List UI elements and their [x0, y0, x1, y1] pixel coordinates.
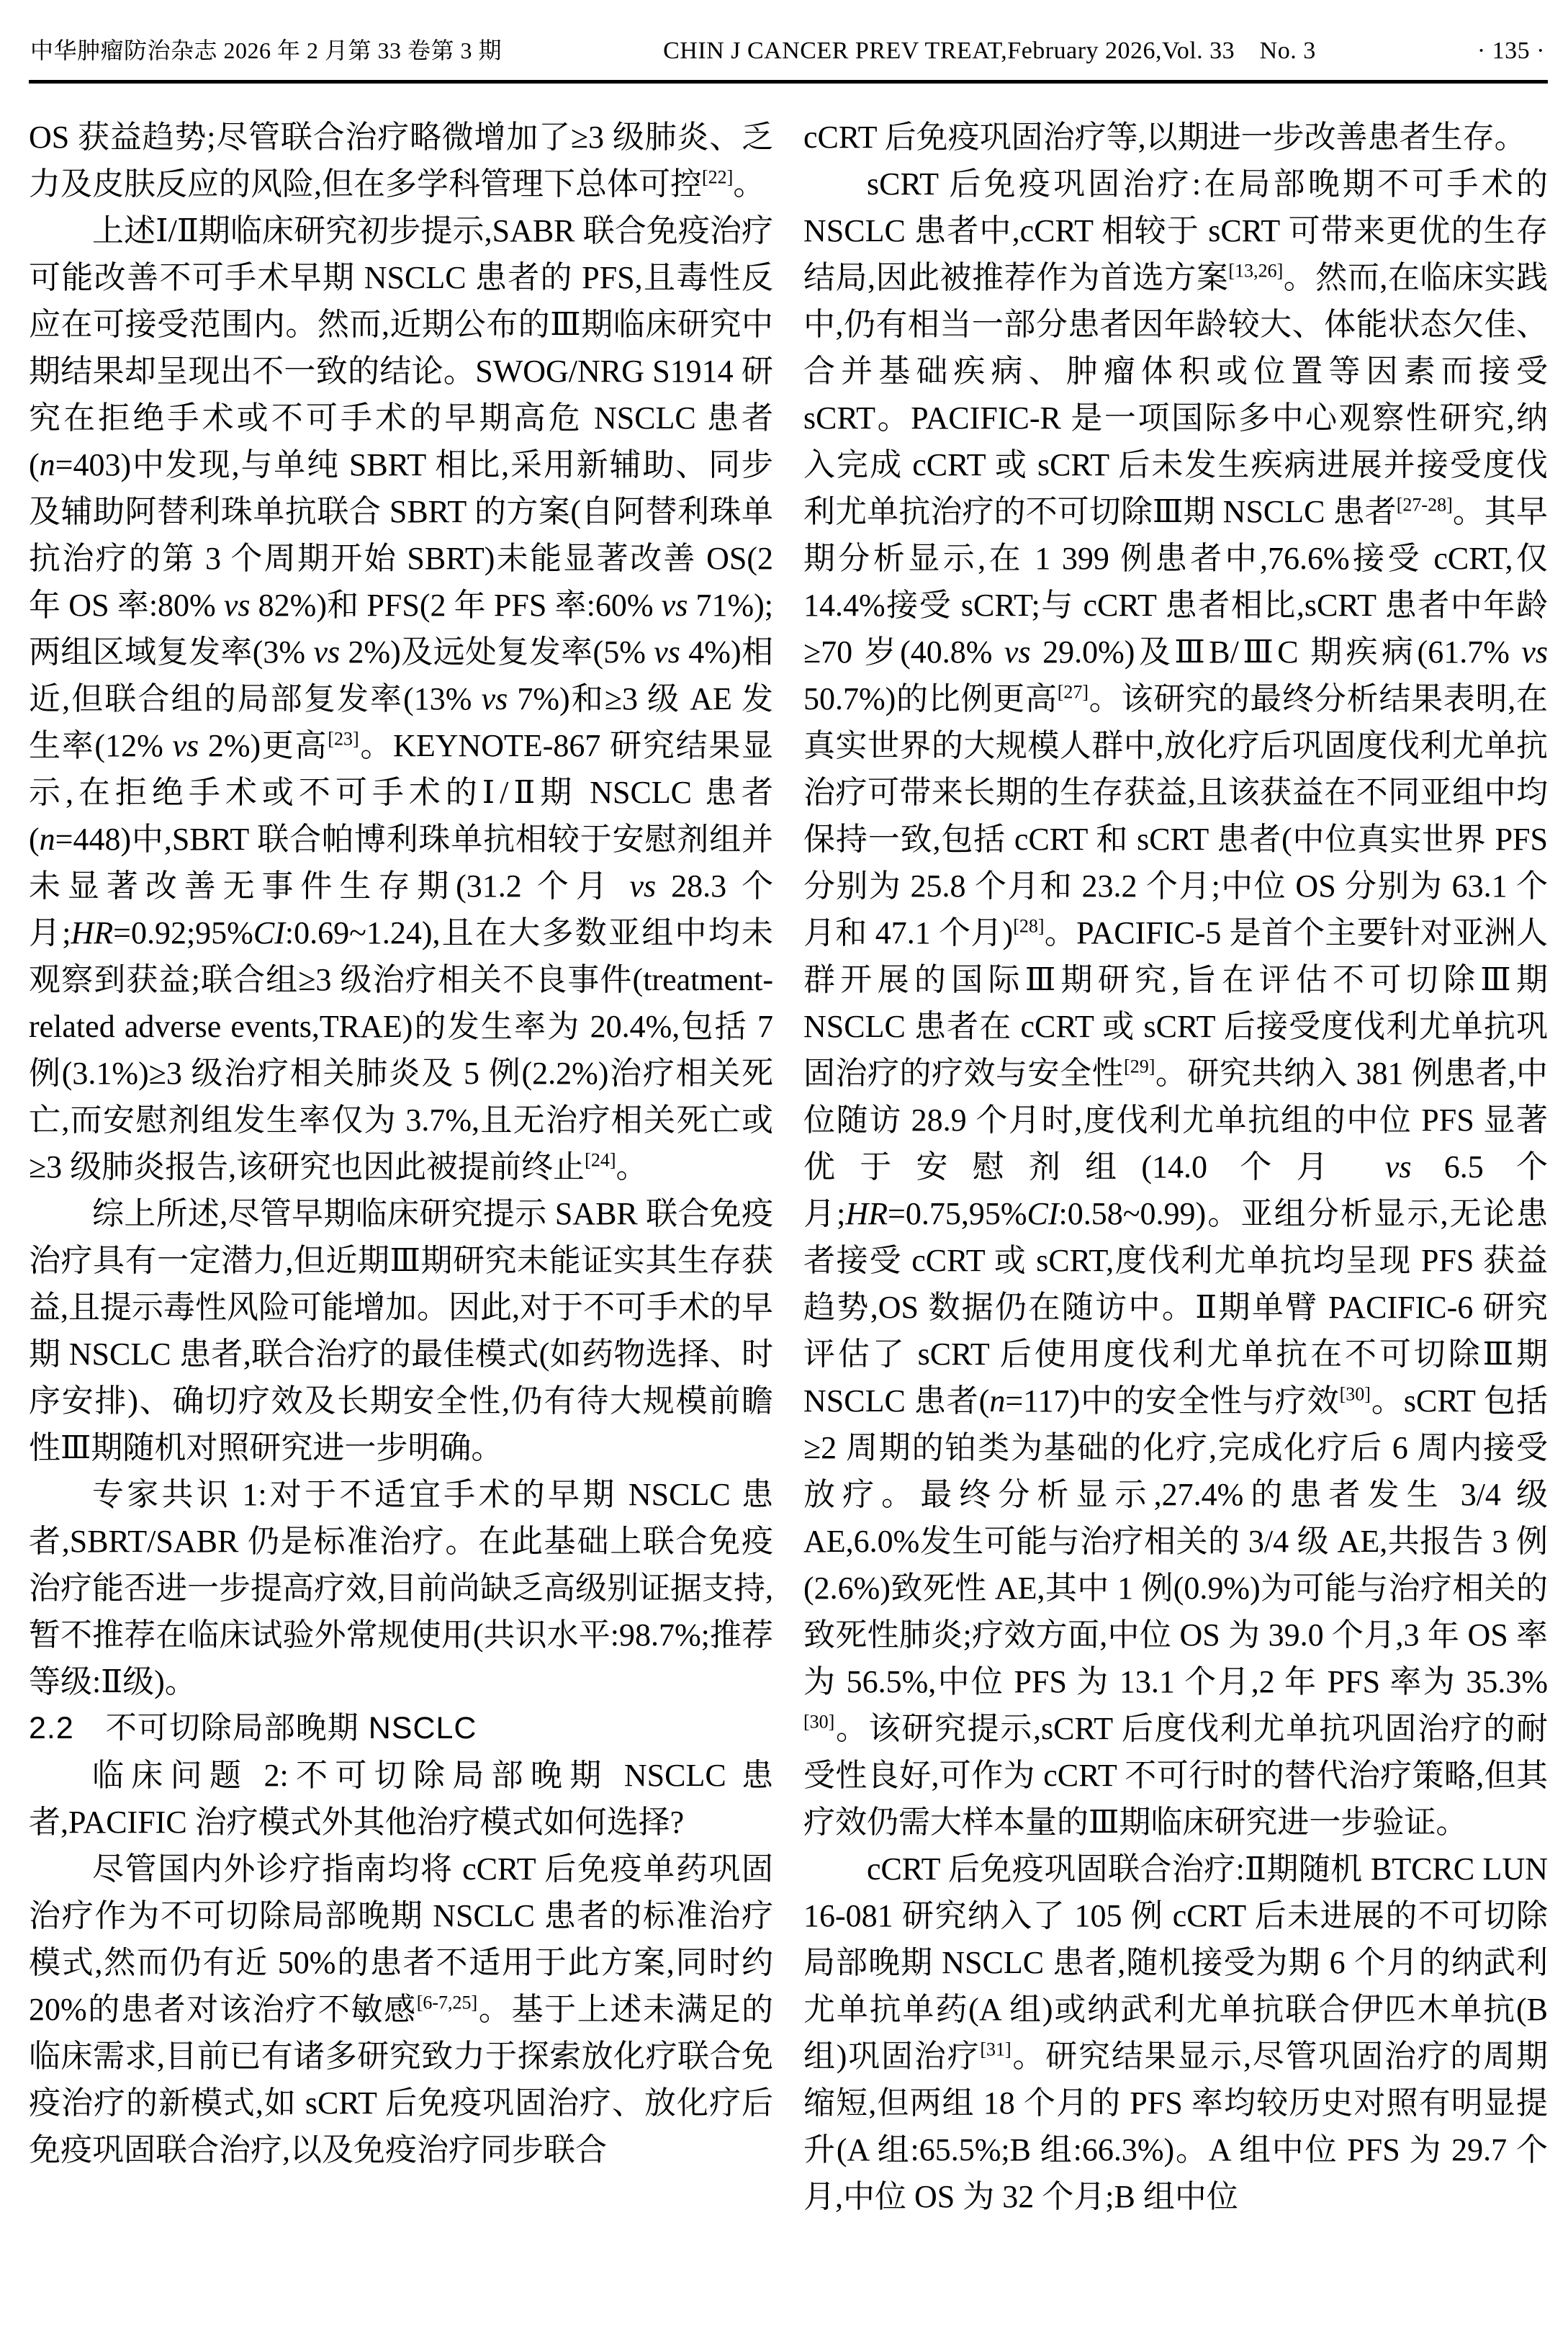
paragraph: cCRT 后免疫巩固治疗等,以期进一步改善患者生存。	[803, 114, 1548, 161]
paragraph: 上述Ⅰ/Ⅱ期临床研究初步提示,SABR 联合免疫治疗可能改善不可手术早期 NSC…	[29, 207, 773, 1190]
page-number: · 135 ·	[1477, 37, 1545, 65]
right-column: cCRT 后免疫巩固治疗等,以期进一步改善患者生存。sCRT 后免疫巩固治疗:在…	[803, 114, 1548, 2220]
paragraph: 临床问题 2:不可切除局部晚期 NSCLC 患者,PACIFIC 治疗模式外其他…	[29, 1752, 773, 1846]
journal-title-en: CHIN J CANCER PREV TREAT,February 2026,V…	[663, 30, 1316, 66]
header-rule	[29, 80, 1548, 84]
page-header: 中华肿瘤防治杂志 2026 年 2 月第 33 卷第 3 期 CHIN J CA…	[29, 24, 1548, 80]
paragraph: 综上所述,尽管早期临床研究提示 SABR 联合免疫治疗具有一定潜力,但近期Ⅲ期研…	[29, 1190, 773, 1471]
journal-title-cn: 中华肿瘤防治杂志 2026 年 2 月第 33 卷第 3 期	[30, 32, 502, 66]
paragraph: cCRT 后免疫巩固联合治疗:Ⅱ期随机 BTCRC LUN 16-081 研究纳…	[803, 1846, 1548, 2220]
left-column: OS 获益趋势;尽管联合治疗略微增加了≥3 级肺炎、乏力及皮肤反应的风险,但在多…	[29, 114, 773, 2220]
journal-page: 中华肿瘤防治杂志 2026 年 2 月第 33 卷第 3 期 CHIN J CA…	[0, 0, 1568, 2341]
section-heading: 2.2 不可切除局部晚期 NSCLC	[29, 1705, 773, 1752]
paragraph: 专家共识 1:对于不适宜手术的早期 NSCLC 患者,SBRT/SABR 仍是标…	[29, 1471, 773, 1705]
paragraph: OS 获益趋势;尽管联合治疗略微增加了≥3 级肺炎、乏力及皮肤反应的风险,但在多…	[29, 114, 773, 207]
paragraph: 尽管国内外诊疗指南均将 cCRT 后免疫单药巩固治疗作为不可切除局部晚期 NSC…	[29, 1846, 773, 2173]
paragraph: sCRT 后免疫巩固治疗:在局部晚期不可手术的 NSCLC 患者中,cCRT 相…	[803, 161, 1548, 1846]
article-body: OS 获益趋势;尽管联合治疗略微增加了≥3 级肺炎、乏力及皮肤反应的风险,但在多…	[29, 114, 1548, 2220]
